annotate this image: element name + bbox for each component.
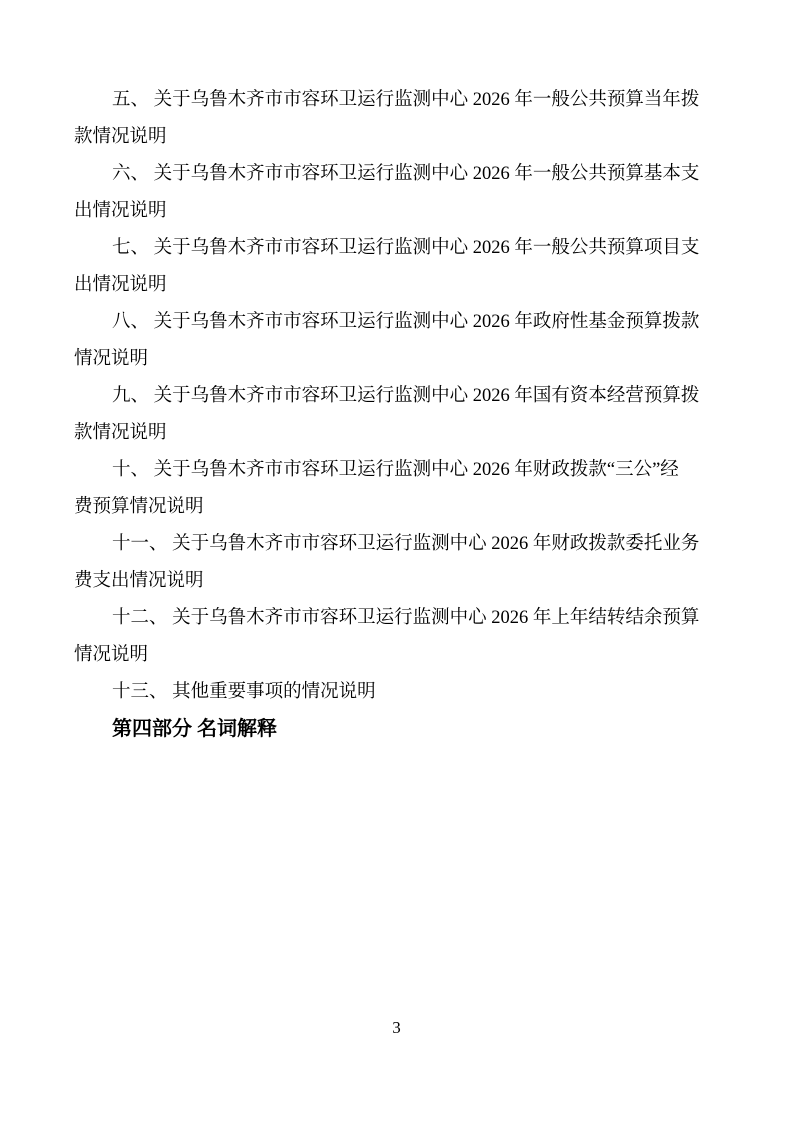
toc-item-10: 十、 关于乌鲁木齐市市容环卫运行监测中心 2026 年财政拨款“三公”经 费预算… xyxy=(74,452,722,526)
toc-item-7-line-1: 七、 关于乌鲁木齐市市容环卫运行监测中心 2026 年一般公共预算项目支 xyxy=(74,230,722,267)
toc-item-5: 五、 关于乌鲁木齐市市容环卫运行监测中心 2026 年一般公共预算当年拨 款情况… xyxy=(74,82,722,156)
toc-item-9: 九、 关于乌鲁木齐市市容环卫运行监测中心 2026 年国有资本经营预算拨 款情况… xyxy=(74,378,722,452)
toc-item-11: 十一、 关于乌鲁木齐市市容环卫运行监测中心 2026 年财政拨款委托业务 费支出… xyxy=(74,526,722,600)
toc-item-7-line-2: 出情况说明 xyxy=(74,267,722,304)
toc-item-8-line-2: 情况说明 xyxy=(74,341,722,378)
toc-item-8: 八、 关于乌鲁木齐市市容环卫运行监测中心 2026 年政府性基金预算拨款 情况说… xyxy=(74,304,722,378)
toc-item-5-line-2: 款情况说明 xyxy=(74,119,722,156)
toc-item-12-line-2: 情况说明 xyxy=(74,637,722,674)
toc-item-13: 十三、 其他重要事项的情况说明 xyxy=(74,674,722,711)
toc-item-5-line-1: 五、 关于乌鲁木齐市市容环卫运行监测中心 2026 年一般公共预算当年拨 xyxy=(74,82,722,119)
toc-item-10-line-1: 十、 关于乌鲁木齐市市容环卫运行监测中心 2026 年财政拨款“三公”经 xyxy=(74,452,722,489)
toc-item-6-line-2: 出情况说明 xyxy=(74,193,722,230)
toc-item-9-line-2: 款情况说明 xyxy=(74,415,722,452)
toc-item-9-line-1: 九、 关于乌鲁木齐市市容环卫运行监测中心 2026 年国有资本经营预算拨 xyxy=(74,378,722,415)
toc-item-6-line-1: 六、 关于乌鲁木齐市市容环卫运行监测中心 2026 年一般公共预算基本支 xyxy=(74,156,722,193)
toc-item-10-line-2: 费预算情况说明 xyxy=(74,489,722,526)
toc-item-12: 十二、 关于乌鲁木齐市市容环卫运行监测中心 2026 年上年结转结余预算 情况说… xyxy=(74,600,722,674)
toc-item-11-line-2: 费支出情况说明 xyxy=(74,563,722,600)
toc-item-12-line-1: 十二、 关于乌鲁木齐市市容环卫运行监测中心 2026 年上年结转结余预算 xyxy=(74,600,722,637)
toc-item-11-line-1: 十一、 关于乌鲁木齐市市容环卫运行监测中心 2026 年财政拨款委托业务 xyxy=(74,526,722,563)
toc-item-6: 六、 关于乌鲁木齐市市容环卫运行监测中心 2026 年一般公共预算基本支 出情况… xyxy=(74,156,722,230)
toc-item-13-line-1: 十三、 其他重要事项的情况说明 xyxy=(74,674,722,711)
toc-section: 五、 关于乌鲁木齐市市容环卫运行监测中心 2026 年一般公共预算当年拨 款情况… xyxy=(74,82,722,748)
section-heading-part4: 第四部分 名词解释 xyxy=(74,711,722,748)
document-page: 五、 关于乌鲁木齐市市容环卫运行监测中心 2026 年一般公共预算当年拨 款情况… xyxy=(0,0,793,1122)
toc-item-7: 七、 关于乌鲁木齐市市容环卫运行监测中心 2026 年一般公共预算项目支 出情况… xyxy=(74,230,722,304)
toc-item-8-line-1: 八、 关于乌鲁木齐市市容环卫运行监测中心 2026 年政府性基金预算拨款 xyxy=(74,304,722,341)
page-number: 3 xyxy=(0,1016,793,1040)
